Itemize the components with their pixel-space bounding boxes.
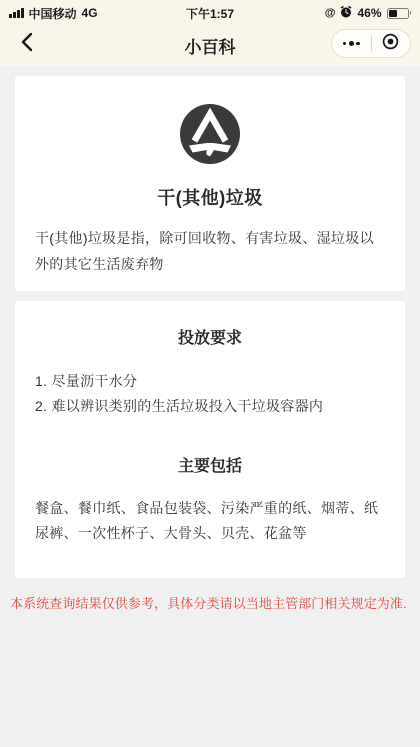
- requirements-list: 1. 尽量沥干水分 2. 难以辨识类别的生活垃圾投入干垃圾容器内: [35, 369, 385, 419]
- detail-card: 投放要求 1. 尽量沥干水分 2. 难以辨识类别的生活垃圾投入干垃圾容器内 主要…: [15, 301, 405, 578]
- carrier-label: 中国移动: [29, 5, 77, 22]
- page-title: 小百科: [185, 33, 236, 58]
- includes-text: 餐盒、餐巾纸、食品包装袋、污染严重的纸、烟蒂、纸尿裤、一次性杯子、大骨头、贝壳、…: [35, 496, 385, 546]
- category-card: 干(其他)垃圾 干(其他)垃圾是指，除可回收物、有害垃圾、湿垃圾以外的其它生活废…: [15, 76, 405, 291]
- chevron-left-icon: [20, 32, 33, 57]
- more-dots-icon: [343, 41, 360, 46]
- page-content: 干(其他)垃圾 干(其他)垃圾是指，除可回收物、有害垃圾、湿垃圾以外的其它生活废…: [0, 66, 420, 612]
- back-button[interactable]: [10, 28, 42, 60]
- clock-label: 下午1:57: [186, 5, 234, 22]
- status-bar: 中国移动 4G 下午1:57 @ 46%: [0, 0, 420, 24]
- category-name: 干(其他)垃圾: [35, 184, 385, 210]
- requirement-item: 1. 尽量沥干水分: [35, 369, 385, 394]
- requirements-title: 投放要求: [35, 317, 385, 348]
- status-right: @ 46%: [325, 6, 411, 21]
- network-type-label: 4G: [82, 6, 98, 20]
- signal-strength-icon: [9, 8, 24, 18]
- close-button[interactable]: [372, 30, 411, 57]
- includes-title: 主要包括: [35, 445, 385, 476]
- nav-bar: 小百科: [0, 24, 420, 66]
- more-button[interactable]: [332, 30, 371, 57]
- battery-percent-label: 46%: [357, 6, 381, 20]
- close-circle-icon: [382, 33, 399, 55]
- status-left: 中国移动 4G: [9, 5, 98, 22]
- requirement-item: 2. 难以辨识类别的生活垃圾投入干垃圾容器内: [35, 394, 385, 419]
- disclaimer-text: 本系统查询结果仅供参考，具体分类请以当地主管部门相关规定为准.: [10, 595, 410, 612]
- alarm-icon: [340, 6, 352, 21]
- battery-icon: [387, 8, 412, 19]
- category-description: 干(其他)垃圾是指，除可回收物、有害垃圾、湿垃圾以外的其它生活废弃物: [35, 225, 385, 277]
- miniprogram-capsule: [331, 29, 411, 58]
- dry-waste-icon: [180, 104, 240, 164]
- header: 中国移动 4G 下午1:57 @ 46% 小百科: [0, 0, 420, 66]
- mini-program-screen: 中国移动 4G 下午1:57 @ 46% 小百科: [0, 0, 420, 747]
- orientation-lock-icon: @: [325, 8, 336, 19]
